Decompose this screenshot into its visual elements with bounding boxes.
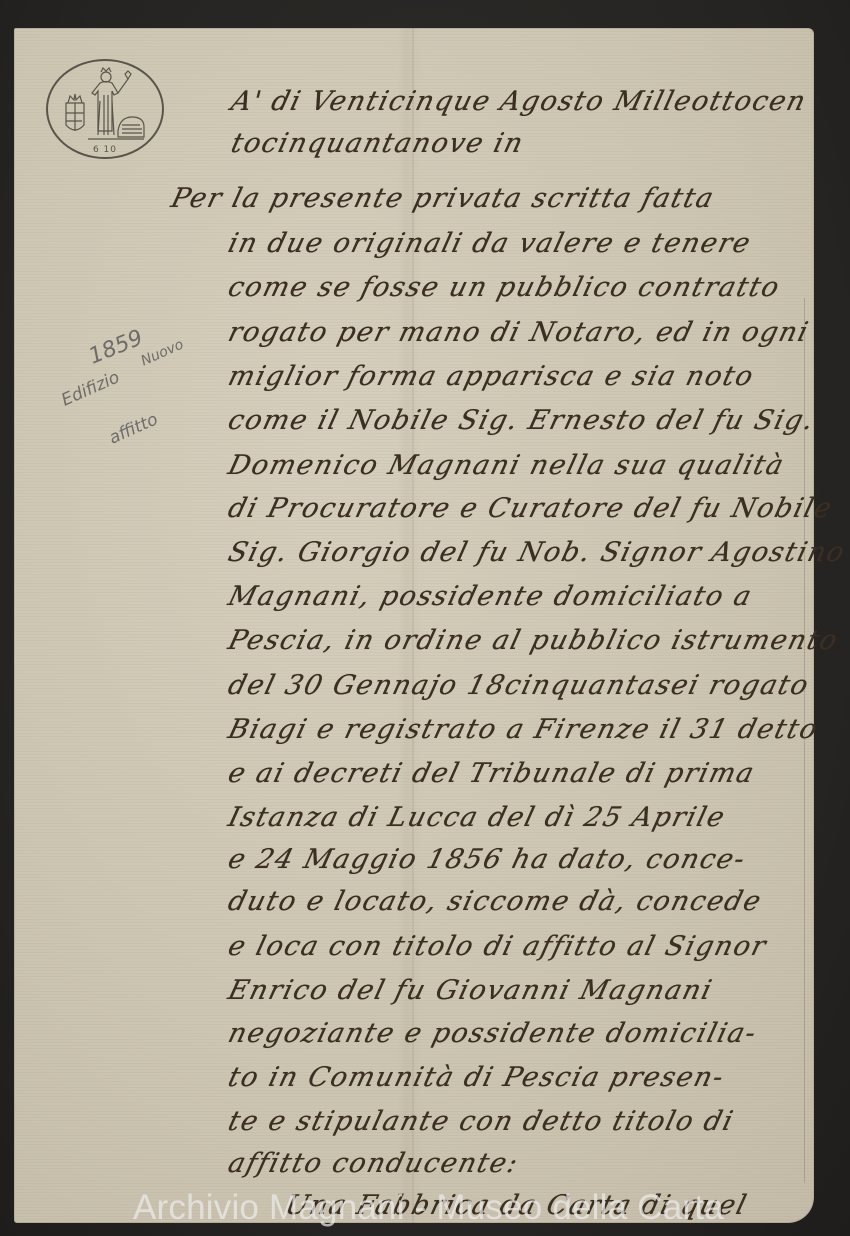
manuscript-line: A' di Venticinque Agosto Milleottocen	[228, 86, 810, 117]
manuscript-line: Domenico Magnani nella sua qualità	[225, 450, 788, 481]
archive-watermark: Archivio Magnani - Museo della Carta	[133, 1188, 724, 1228]
manuscript-line: affitto conducente:	[225, 1148, 522, 1179]
manuscript-line: Istanza di Lucca del dì 25 Aprile	[225, 802, 729, 833]
manuscript-line: Pescia, in ordine al pubblico istrumento	[225, 625, 842, 656]
manuscript-line: duto e locato, siccome dà, concede	[225, 886, 765, 917]
manuscript-line: e ai decreti del Tribunale di prima	[225, 758, 758, 789]
manuscript-line: Per la presente privata scritta fatta	[168, 183, 718, 214]
manuscript-line: Biagi e registrato a Firenze il 31 detto	[225, 714, 822, 745]
manuscript-line: te e stipulante con detto titolo di	[225, 1106, 737, 1137]
manuscript-line: Enrico del fu Giovanni Magnani	[225, 975, 716, 1006]
manuscript-text: A' di Venticinque Agosto Milleottocentoc…	[0, 0, 850, 1236]
manuscript-line: negoziante e possidente domicilia-	[225, 1018, 760, 1049]
manuscript-line: del 30 Gennajo 18cinquantasei rogato	[225, 670, 813, 701]
manuscript-line: rogato per mano di Notaro, ed in ogni	[225, 317, 813, 348]
manuscript-line: Sig. Giorgio del fu Nob. Signor Agostino	[225, 537, 849, 568]
manuscript-line: come il Nobile Sig. Ernesto del fu Sig.	[225, 405, 818, 436]
manuscript-line: miglior forma apparisca e sia noto	[225, 361, 758, 392]
manuscript-line: Magnani, possidente domiciliato a	[225, 581, 756, 612]
manuscript-line: in due originali da valere e tenere	[225, 228, 755, 259]
manuscript-line: di Procuratore e Curatore del fu Nobile	[225, 493, 836, 524]
manuscript-line: tocinquantanove in	[228, 128, 527, 159]
manuscript-line: come se fosse un pubblico contratto	[225, 272, 784, 303]
manuscript-line: e 24 Maggio 1856 ha dato, conce-	[225, 844, 749, 875]
manuscript-line: to in Comunità di Pescia presen-	[225, 1062, 728, 1093]
manuscript-line: e loca con titolo di affitto al Signor	[225, 931, 770, 962]
